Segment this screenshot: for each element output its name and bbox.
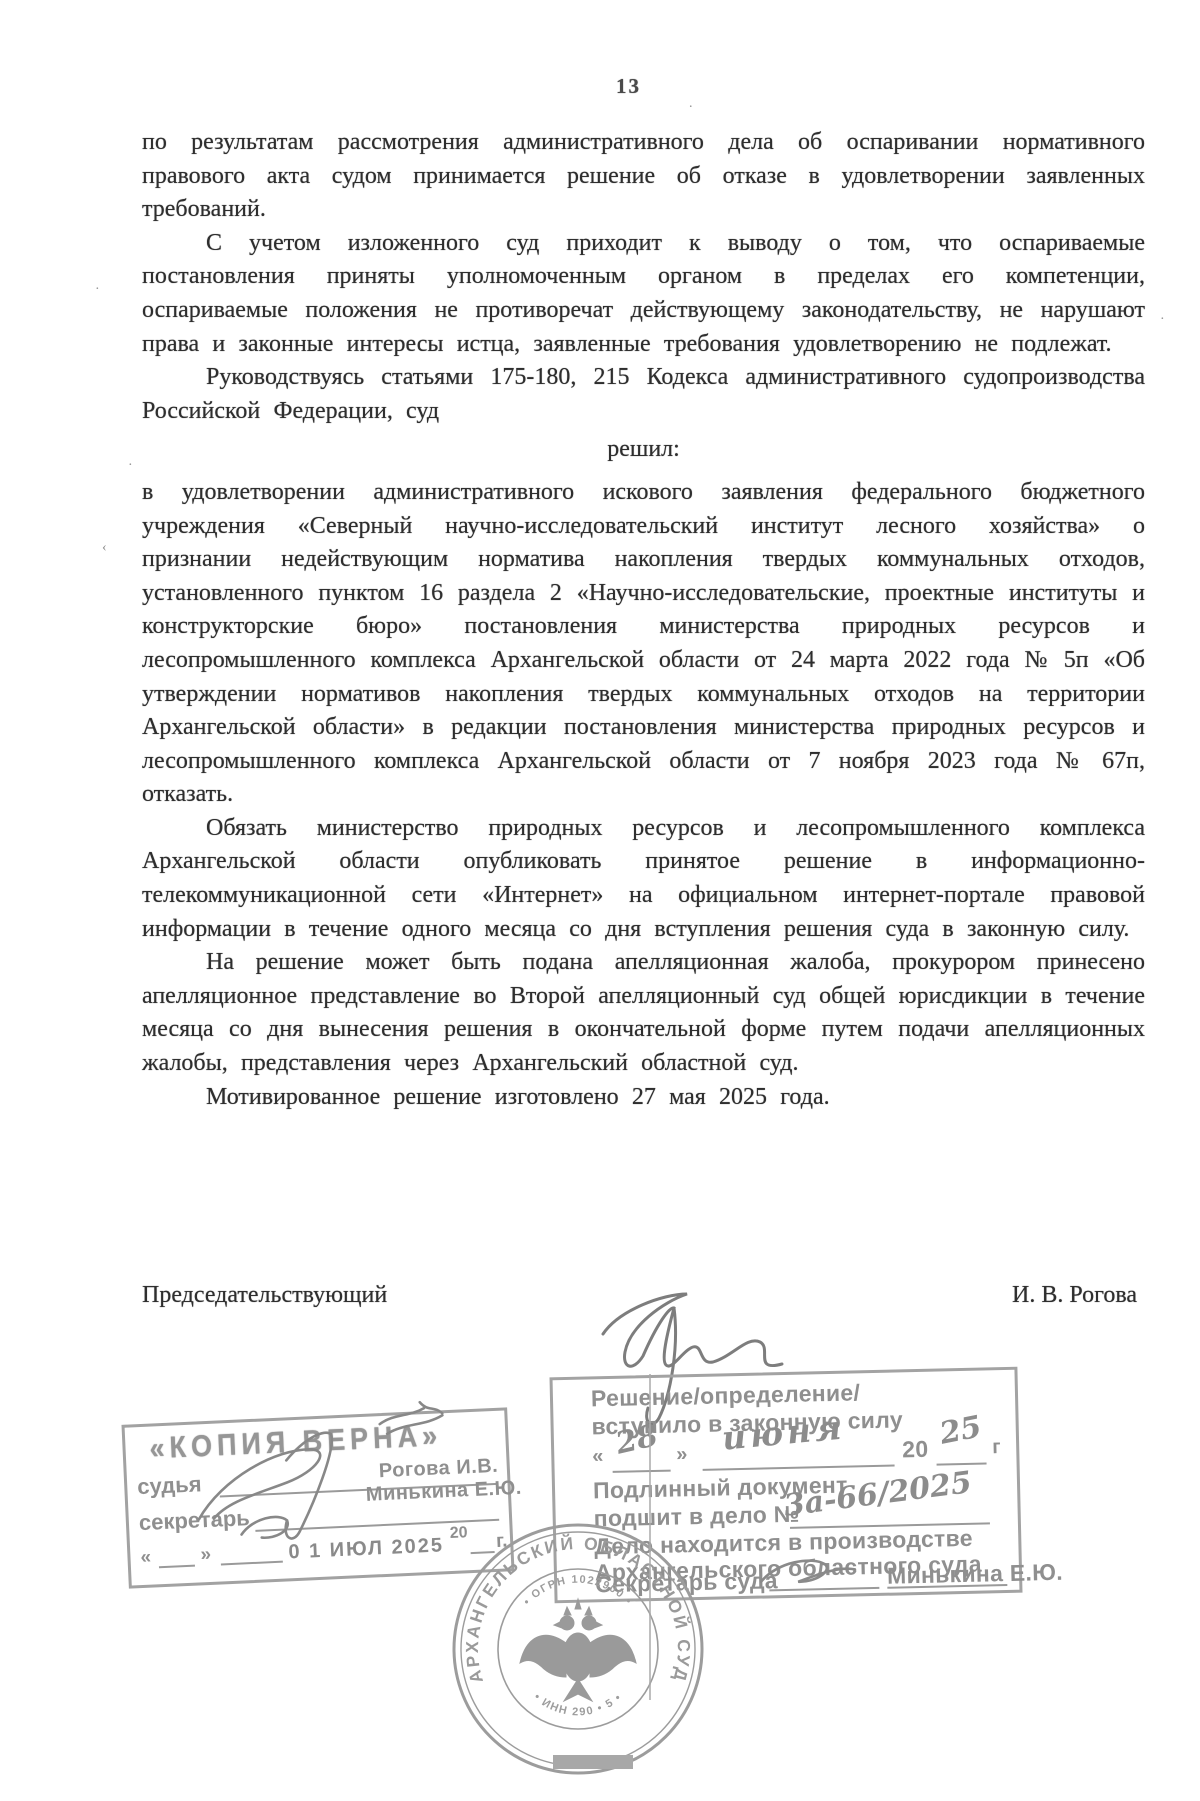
open-quote: «: [592, 1445, 604, 1468]
seal-inn-text: • ИНН 290 • 5 •: [531, 1691, 624, 1718]
paragraph: С учетом изложенного суд приходит к выво…: [142, 227, 1145, 361]
paragraph: На решение может быть подана апелляционн…: [142, 946, 1145, 1080]
scan-speck: .: [689, 96, 693, 112]
paragraph: Мотивированное решение изготовлено 27 ма…: [142, 1081, 1145, 1115]
handwritten-year: 25: [937, 1409, 985, 1452]
seal-bottom-bar: [553, 1755, 633, 1769]
paragraph: по результатам рассмотрения администрати…: [142, 126, 1145, 227]
scan-speck: ‹: [102, 540, 107, 556]
paragraph: Руководствуясь статьями 175-180, 215 Код…: [142, 361, 1145, 428]
paragraph: Обязать министерство природных ресурсов …: [142, 812, 1145, 946]
scan-fold-line: [649, 1374, 651, 1700]
presiding-judge-label: Председательствующий: [142, 1282, 387, 1309]
scan-speck: ·: [95, 282, 100, 298]
judge-name: И. В. Рогова: [1012, 1282, 1137, 1309]
year-prefix: 20: [902, 1436, 929, 1464]
document-body: по результатам рассмотрения администрати…: [142, 126, 1145, 1114]
svg-text:• ИНН 290 • 5 •: • ИНН 290 • 5 •: [531, 1691, 624, 1718]
paragraph: в удовлетворении административного исков…: [142, 476, 1145, 812]
scan-speck: ·: [128, 458, 133, 474]
year-suffix: г: [992, 1436, 1001, 1459]
page-number: 13: [616, 74, 641, 99]
close-quote: »: [676, 1443, 688, 1466]
document-page: 13 по результатам рассмотрения администр…: [0, 0, 1200, 1801]
resolution-word: решил:: [142, 433, 1145, 467]
scan-speck: ·: [1160, 312, 1165, 328]
double-headed-eagle-icon: [520, 1599, 636, 1701]
secretary-signature-icon: [753, 1549, 894, 1594]
court-seal: АРХАНГЕЛЬСКИЙ ОБЛАСТНОЙ СУД • ОГРН 10229…: [447, 1518, 709, 1780]
